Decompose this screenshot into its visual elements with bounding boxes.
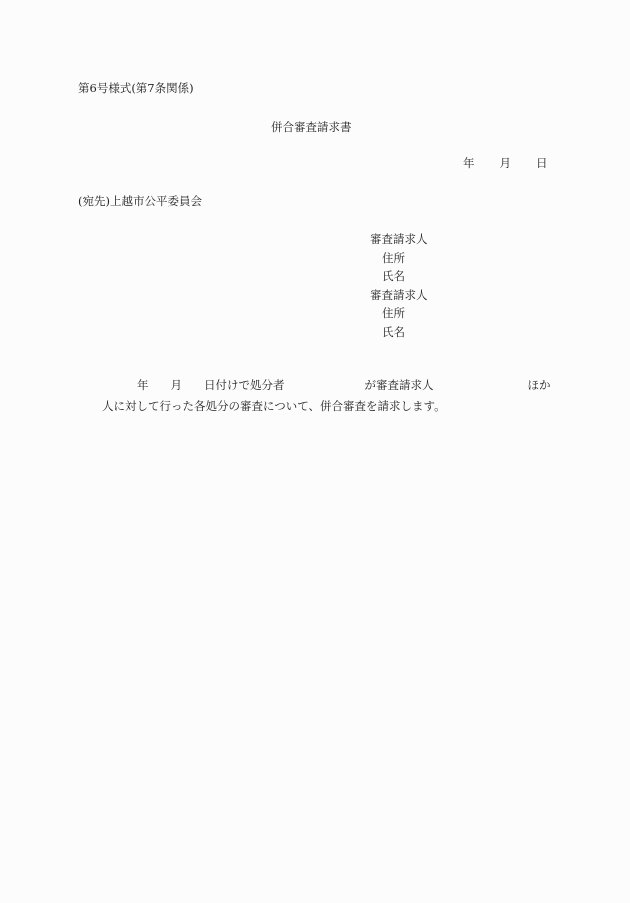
date-day-label: 日 <box>536 156 548 170</box>
document-title: 併合審査請求書 <box>271 120 352 134</box>
date-line: 年月日 <box>463 156 548 170</box>
body-month-label: 月 <box>171 378 183 392</box>
body-year-label: 年 <box>137 378 149 392</box>
requester-2-name-label: 氏名 <box>370 323 428 342</box>
body-others: ほか <box>528 378 551 392</box>
form-number: 第6号様式(第7条関係) <box>78 81 194 95</box>
date-month-label: 月 <box>500 156 512 170</box>
date-year-label: 年 <box>463 156 475 170</box>
requester-2-address-label: 住所 <box>370 304 428 323</box>
requester-1-address-label: 住所 <box>370 249 428 268</box>
requester-1-heading: 審査請求人 <box>370 230 428 249</box>
requester-1-name-label: 氏名 <box>370 267 428 286</box>
body-line-2: 人に対して行った各処分の審査について、併合審査を請求します。 <box>102 399 446 413</box>
requester-block: 審査請求人 住所 氏名 審査請求人 住所 氏名 <box>370 230 428 342</box>
addressee: (宛先)上越市公平委員会 <box>78 194 202 208</box>
body-requester-text: が審査請求人 <box>365 378 434 392</box>
body-line-1: 年月日付けで処分者が審査請求人ほか <box>137 378 551 392</box>
body-day-suffix: 日付けで処分者 <box>204 378 285 392</box>
requester-2-heading: 審査請求人 <box>370 286 428 305</box>
